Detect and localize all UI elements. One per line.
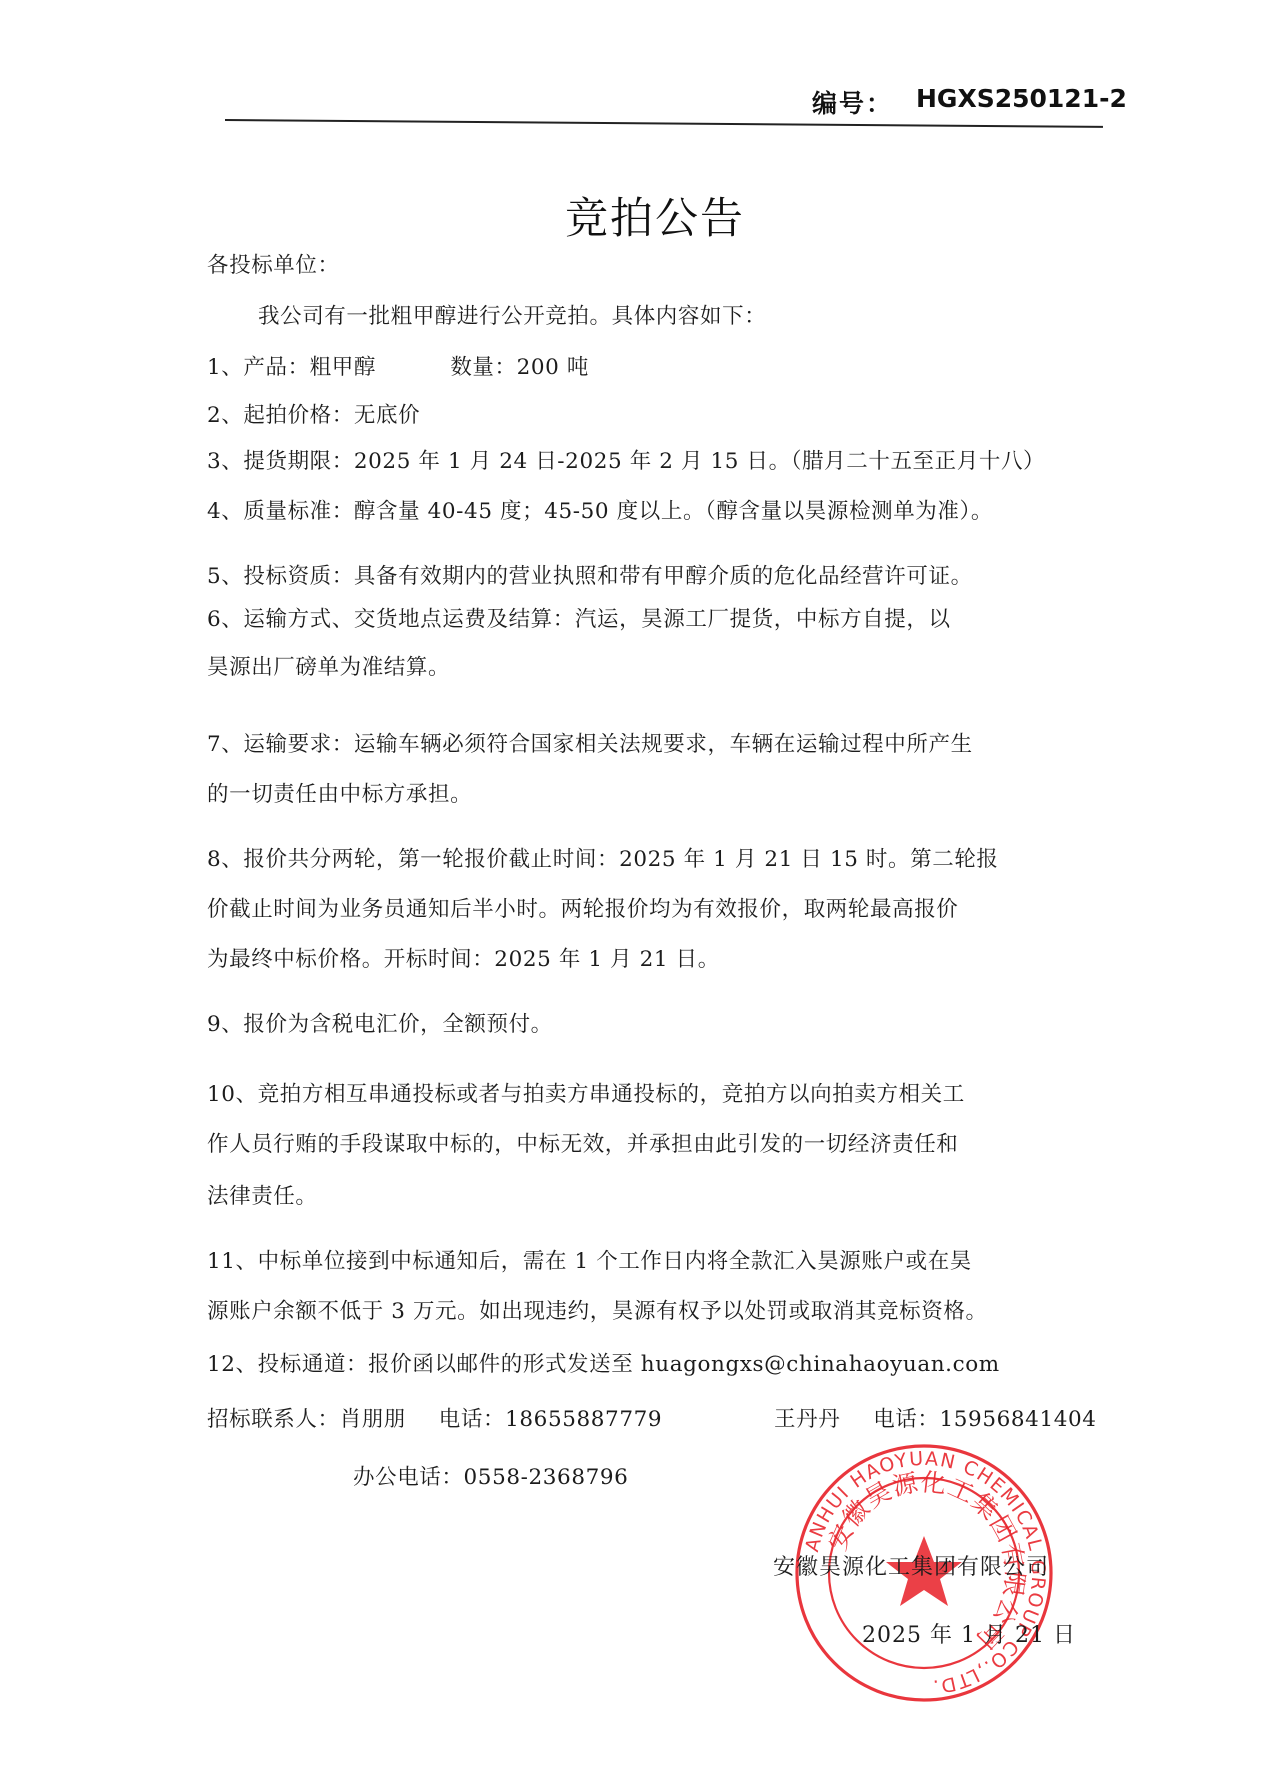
item-2-start-price: 2、起拍价格：无底价 <box>207 402 420 430</box>
item-8-quotation-line-3: 为最终中标价格。开标时间：2025 年 1 月 21 日。 <box>207 946 720 974</box>
item-10-collusion-line-2: 作人员行贿的手段谋取中标的，中标无效，并承担由此引发的一切经济责任和 <box>207 1131 958 1159</box>
item-3-pickup-period: 3、提货期限：2025 年 1 月 24 日-2025 年 2 月 15 日。（… <box>207 448 1045 476</box>
item-6-transport-line-1: 6、运输方式、交货地点运费及结算：汽运，昊源工厂提货，中标方自提，以 <box>207 606 951 634</box>
item-7-transport-req-line-2: 的一切责任由中标方承担。 <box>207 781 472 809</box>
item-7-transport-req-line-1: 7、运输要求：运输车辆必须符合国家相关法规要求，车辆在运输过程中所产生 <box>207 731 973 759</box>
contact-1-phone: 18655887779 <box>505 1407 662 1432</box>
contact-2-phone: 15956841404 <box>940 1407 1097 1432</box>
contact-label: 招标联系人： <box>207 1407 340 1432</box>
contact-2-name: 王丹丹 <box>774 1407 840 1432</box>
contact-2-phone-label: 电话： <box>873 1407 939 1432</box>
item-12-text: 12、投标通道：报价函以邮件的形式发送至 huagongxs@chinahaoy… <box>207 1352 1000 1377</box>
office-phone-label: 办公电话： <box>353 1465 464 1490</box>
page-title: 竞拍公告 <box>565 185 745 246</box>
item-1-line: 1、产品：粗甲醇 数量：200 吨 <box>207 355 589 380</box>
header-divider <box>225 119 1103 128</box>
document-number-value: HGXS250121-2 <box>916 84 1127 113</box>
signature-date: 2025 年 1 月 21 日 <box>862 1618 1076 1649</box>
item-5-bidder-qualification: 5、投标资质：具备有效期内的营业执照和带有甲醇介质的危化品经营许可证。 <box>207 563 973 591</box>
signature-company: 安徽昊源化工集团有限公司 <box>773 1550 1049 1581</box>
item-11-winner-obligation-line-2: 源账户余额不低于 3 万元。如出现违约，昊源有权予以处罚或取消其竞标资格。 <box>207 1298 988 1326</box>
salutation: 各投标单位： <box>207 252 340 280</box>
office-phone: 办公电话：0558-2368796 <box>353 1464 628 1492</box>
item-4-quality-standard: 4、质量标准：醇含量 40-45 度；45-50 度以上。（醇含量以昊源检测单为… <box>207 498 993 526</box>
item-9-payment: 9、报价为含税电汇价，全额预付。 <box>207 1011 553 1039</box>
contact-1-phone-label: 电话： <box>439 1407 505 1432</box>
item-6-transport-line-2: 昊源出厂磅单为准结算。 <box>207 654 450 682</box>
item-11-winner-obligation-line-1: 11、中标单位接到中标通知后，需在 1 个工作日内将全款汇入昊源账户或在昊 <box>207 1248 972 1276</box>
contact-person-1: 招标联系人：肖朋朋 电话：18655887779 <box>207 1406 662 1434</box>
office-phone-value: 0558-2368796 <box>464 1465 629 1490</box>
item-10-collusion-line-3: 法律责任。 <box>207 1183 318 1211</box>
item-8-quotation-line-1: 8、报价共分两轮，第一轮报价截止时间：2025 年 1 月 21 日 15 时。… <box>207 846 999 874</box>
document-number-label: 编号： <box>812 84 893 120</box>
item-12-bid-channel: 12、投标通道：报价函以邮件的形式发送至 huagongxs@chinahaoy… <box>207 1351 1000 1379</box>
item-10-collusion-line-1: 10、竞拍方相互串通投标或者与拍卖方串通投标的，竞拍方以向拍卖方相关工 <box>207 1081 965 1109</box>
item-1-product: 1、产品：粗甲醇 数量：200 吨 <box>207 354 589 382</box>
contact-person-2: 王丹丹 电话：15956841404 <box>774 1406 1097 1434</box>
item-8-quotation-line-2: 价截止时间为业务员通知后半小时。两轮报价均为有效报价，取两轮最高报价 <box>207 896 958 924</box>
contact-1-name: 肖朋朋 <box>340 1407 406 1432</box>
intro-paragraph: 我公司有一批粗甲醇进行公开竞拍。具体内容如下： <box>258 303 766 331</box>
